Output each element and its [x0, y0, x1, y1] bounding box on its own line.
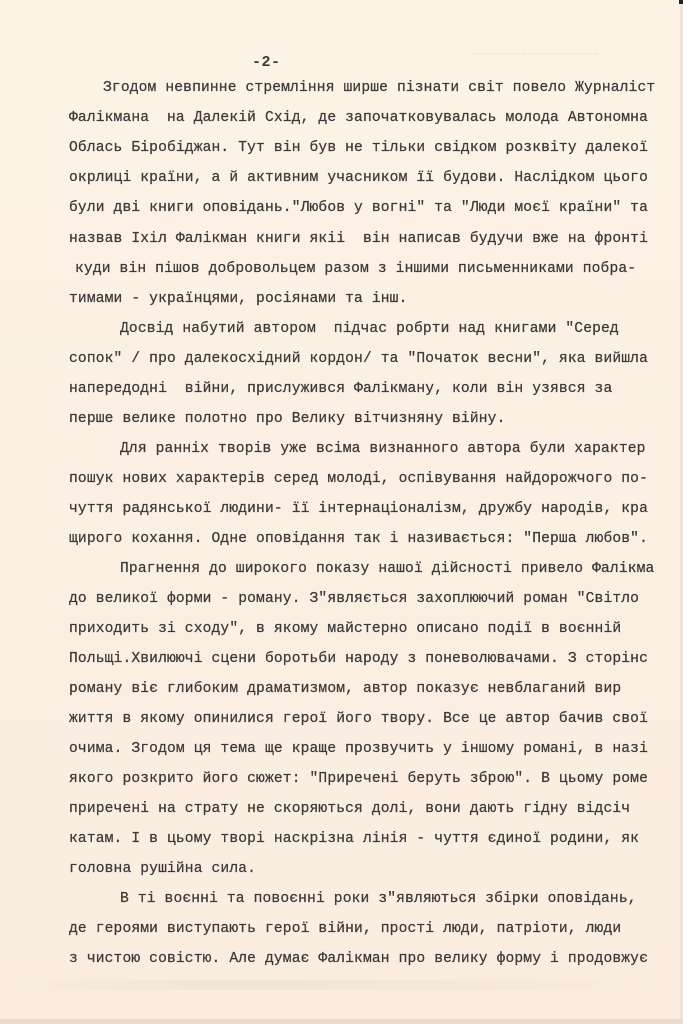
text-line: Облась Біробіджан. Тут він був не тільки… — [69, 140, 648, 156]
text-line: Прагнення до широкого показу нашої дійсн… — [120, 561, 654, 577]
page-edge-bottom — [0, 1019, 683, 1024]
text-line: катам. І в цьому творі наскрізна лінія -… — [69, 831, 639, 847]
text-line: приречені на страту не скоряються долі, … — [69, 801, 630, 817]
text-line: головна рушійна сила. — [69, 861, 256, 877]
text-line: Згодом невпинне стремління ширше пізнати… — [103, 80, 655, 96]
text-line: напередодні війни, прислужився Фалікману… — [69, 381, 612, 397]
corner-mark — [679, 0, 683, 4]
text-line: де героями виступають герої війни, прост… — [69, 921, 621, 937]
text-line: перше велике полотно про Велику вітчизня… — [69, 411, 505, 427]
page-number: -2- — [252, 54, 281, 71]
text-line: якого розкрито його сюжет: "Приречені бе… — [69, 771, 648, 787]
text-line: були дві книги оповідань."Любов у вогні"… — [69, 200, 648, 216]
text-line: назвав Іхіл Фалікман книги якіі він напи… — [69, 231, 648, 247]
text-line: куди він пішов добровольцем разом з інши… — [75, 261, 636, 277]
text-line: чуття радянської людини- її інтернаціона… — [69, 501, 648, 517]
text-line: Для ранніх творів уже всіма визнанного а… — [120, 441, 646, 457]
text-line: Досвід набутий автором підчас робрти над… — [120, 321, 619, 337]
text-line: приходить зі сходу", в якому майстерно о… — [69, 621, 621, 637]
text-line: пошук нових характерів серед молоді, осп… — [69, 471, 648, 487]
text-line: очима. Згодом ця тема ще краще прозвучит… — [69, 741, 648, 757]
document-page: ~~~~~~~~~~~~~~~~~~ -2- Згодом невпинне с… — [0, 0, 683, 1024]
text-line: роману віє глибоким драматизмом, автор п… — [69, 681, 621, 697]
text-line: Фалікмана на Далекій Схід, де започатков… — [69, 110, 648, 126]
text-line: до великої форми - роману. З"являється з… — [69, 591, 639, 607]
paper-smudge — [0, 980, 683, 990]
text-line: сопок" / про далекосхідний кордон/ та "П… — [69, 351, 648, 367]
text-line: В ті воєнні та повоєнні роки з"являються… — [120, 891, 637, 907]
text-line: з чистою совістю. Але думає Фалікман про… — [69, 951, 648, 967]
bleed-through-text: ~~~~~~~~~~~~~~~~~~ — [470, 48, 600, 62]
text-line: тимами - українцями, росіянами та інш. — [69, 291, 408, 307]
text-line: щирого кохання. Одне оповідання так і на… — [69, 531, 648, 547]
text-line: життя в якому опинилися герої його твору… — [69, 711, 648, 727]
text-line: окрлиці країни, а й активним учасником ї… — [69, 170, 648, 186]
text-line: Польщі.Хвилюючі сцени боротьби народу з … — [69, 651, 648, 667]
